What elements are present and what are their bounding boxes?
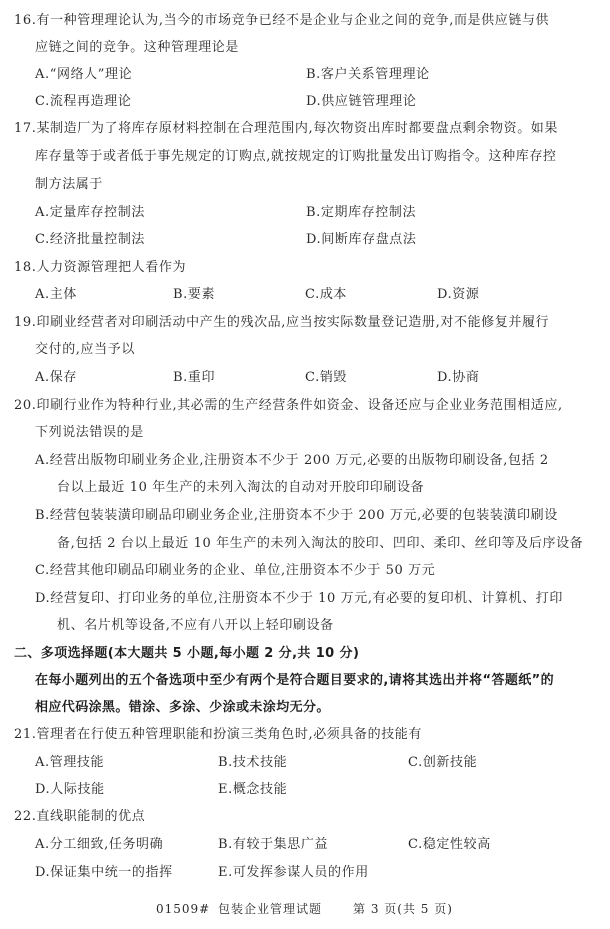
q21-option-d: D.人际技能 xyxy=(35,781,105,799)
q20-option-b-line1: B.经营包装装潢印刷品印刷业务企业,注册资本不少于 200 万元,必要的包装装潢… xyxy=(35,507,558,525)
q16-option-a: A.“网络人”理论 xyxy=(35,66,132,84)
q22-option-b: B.有较于集思广益 xyxy=(218,836,328,854)
q17-option-a: A.定量库存控制法 xyxy=(35,204,145,222)
footer-exam-title: 包装企业管理试题 xyxy=(218,900,322,918)
section-heading: 二、多项选择题(本大题共 5 小题,每小题 2 分,共 10 分) xyxy=(14,645,359,663)
section-instructions-line1: 在每小题列出的五个备选项中至少有两个是符合题目要求的,请将其选出并将“答题纸”的 xyxy=(35,672,554,690)
q16-stem-line1: 16.有一种管理理论认为,当今的市场竞争已经不是企业与企业之间的竞争,而是供应链… xyxy=(14,12,549,30)
q20-stem-line1: 20.印刷行业作为特种行业,其必需的生产经营条件如资金、设备还应与企业业务范围相… xyxy=(14,397,563,415)
q21-option-c: C.创新技能 xyxy=(408,754,477,772)
q18-option-c: C.成本 xyxy=(305,286,347,304)
footer-page-number: 第 3 页(共 5 页) xyxy=(353,900,453,918)
q18-option-a: A.主体 xyxy=(35,286,77,304)
q19-option-c: C.销毁 xyxy=(305,369,347,387)
q20-option-a-line2: 台以上最近 10 年生产的未列入淘汰的自动对开胶印印刷设备 xyxy=(57,479,424,497)
q21-option-a: A.管理技能 xyxy=(35,754,104,772)
q20-option-d-line2: 机、名片机等设备,不应有八开以上轻印刷设备 xyxy=(57,617,334,635)
footer-exam-code: 01509# xyxy=(156,900,210,918)
q22-option-c: C.稳定性较高 xyxy=(408,836,491,854)
q21-option-b: B.技术技能 xyxy=(218,754,287,772)
q22-option-d: D.保证集中统一的指挥 xyxy=(35,864,173,882)
q21-stem-line1: 21.管理者在行使五种管理职能和扮演三类角色时,必须具备的技能有 xyxy=(14,726,422,744)
q19-stem-line2: 交付的,应当予以 xyxy=(35,341,135,359)
q19-option-d: D.协商 xyxy=(437,369,480,387)
q20-option-a-line1: A.经营出版物印刷业务企业,注册资本不少于 200 万元,必要的出版物印刷设备,… xyxy=(35,452,549,470)
q17-stem-line1: 17.某制造厂为了将库存原材料控制在合理范围内,每次物资出库时都要盘点剩余物资。… xyxy=(14,120,558,138)
section-instructions-line2: 相应代码涂黑。错涂、多涂、少涂或未涂均无分。 xyxy=(35,699,330,717)
q19-option-a: A.保存 xyxy=(35,369,77,387)
q20-option-d-line1: D.经营复印、打印业务的单位,注册资本不少于 10 万元,有必要的复印机、计算机… xyxy=(35,590,563,608)
q18-stem-line1: 18.人力资源管理把人看作为 xyxy=(14,259,186,277)
q22-option-a: A.分工细致,任务明确 xyxy=(35,836,163,854)
q22-option-e: E.可发挥参谋人员的作用 xyxy=(218,864,369,882)
q16-option-c: C.流程再造理论 xyxy=(35,93,131,111)
q17-option-c: C.经济批量控制法 xyxy=(35,231,145,249)
q18-option-d: D.资源 xyxy=(437,286,480,304)
q16-option-d: D.供应链管理理论 xyxy=(306,93,417,111)
q18-option-b: B.要素 xyxy=(173,286,215,304)
q16-stem-line2: 应链之间的竞争。这种管理理论是 xyxy=(35,39,239,57)
q20-option-c: C.经营其他印刷品印刷业务的企业、单位,注册资本不少于 50 万元 xyxy=(35,562,435,580)
q16-option-b: B.客户关系管理理论 xyxy=(306,66,430,84)
q17-stem-line3: 制方法属于 xyxy=(35,176,103,194)
q20-option-b-line2: 备,包括 2 台以上最近 10 年生产的未列入淘汰的胶印、凹印、柔印、丝印等及后… xyxy=(57,535,583,553)
q17-stem-line2: 库存量等于或者低于事先规定的订购点,就按规定的订购批量发出订购指令。这种库存控 xyxy=(35,148,557,166)
q19-option-b: B.重印 xyxy=(173,369,215,387)
q19-stem-line1: 19.印刷业经营者对印刷活动中产生的残次品,应当按实际数量登记造册,对不能修复并… xyxy=(14,314,549,332)
q22-stem-line1: 22.直线职能制的优点 xyxy=(14,808,145,826)
q17-option-b: B.定期库存控制法 xyxy=(306,204,416,222)
q21-option-e: E.概念技能 xyxy=(218,781,287,799)
q20-stem-line2: 下列说法错误的是 xyxy=(35,424,144,442)
q17-option-d: D.间断库存盘点法 xyxy=(306,231,417,249)
